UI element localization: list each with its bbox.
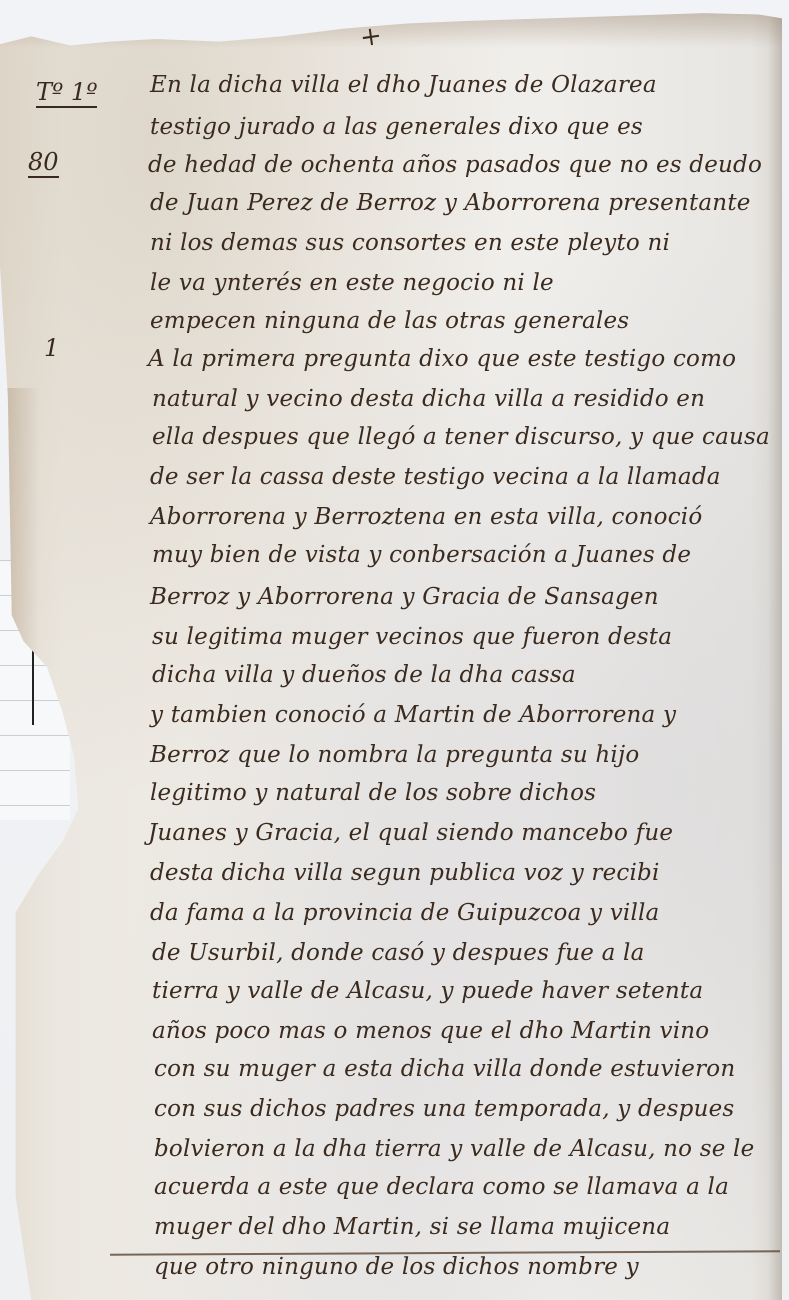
manuscript-line: Berroz que lo nombra la pregunta su hijo: [150, 742, 639, 768]
margin-note-question-number: 1: [44, 334, 59, 362]
manuscript-line: que otro ninguno de los dichos nombre y: [154, 1254, 639, 1280]
manuscript-line: muy bien de vista y conbersación a Juane…: [152, 542, 691, 568]
manuscript-line: empecen ninguna de las otras generales: [150, 308, 629, 334]
page-right-edge: [768, 8, 782, 1300]
manuscript-line: A la primera pregunta dixo que este test…: [148, 346, 736, 372]
manuscript-line: En la dicha villa el dho Juanes de Olaza…: [150, 72, 657, 98]
manuscript-line: de ser la cassa deste testigo vecina a l…: [150, 464, 721, 490]
manuscript-line: da fama a la provincia de Guipuzcoa y vi…: [150, 900, 659, 926]
manuscript-line: le va ynterés en este negocio ni le: [150, 270, 554, 296]
manuscript-line: con su muger a esta dicha villa donde es…: [154, 1056, 735, 1082]
manuscript-line: muger del dho Martin, si se llama mujice…: [154, 1214, 670, 1240]
manuscript-line: Berroz y Aborrorena y Gracia de Sansagen: [150, 584, 659, 610]
cross-mark-icon: +: [358, 21, 384, 54]
manuscript-line: legitimo y natural de los sobre dichos: [150, 780, 596, 806]
manuscript-line: acuerda a este que declara como se llama…: [154, 1174, 729, 1200]
manuscript-line: natural y vecino desta dicha villa a res…: [152, 386, 705, 412]
manuscript-line: y tambien conoció a Martin de Aborrorena…: [150, 702, 676, 728]
manuscript-line: Aborrorena y Berroztena en esta villa, c…: [150, 504, 702, 530]
manuscript-line: bolvieron a la dha tierra y valle de Alc…: [154, 1136, 754, 1162]
manuscript-line: Juanes y Gracia, el qual siendo mancebo …: [148, 820, 673, 846]
manuscript-line: de Usurbil, donde casó y despues fue a l…: [152, 940, 645, 966]
margin-note-age: 80: [28, 148, 59, 178]
margin-note-witness-number: Tº 1º: [36, 78, 97, 108]
manuscript-line: ella despues que llegó a tener discurso,…: [152, 424, 770, 450]
manuscript-line: dicha villa y dueños de la dha cassa: [152, 662, 576, 688]
manuscript-line: con sus dichos padres una temporada, y d…: [154, 1096, 734, 1122]
manuscript-line: de hedad de ochenta años pasados que no …: [148, 152, 762, 178]
manuscript-line: años poco mas o menos que el dho Martin …: [152, 1018, 709, 1044]
manuscript-line: desta dicha villa segun publica voz y re…: [150, 860, 660, 886]
manuscript-line: tierra y valle de Alcasu, y puede haver …: [152, 978, 703, 1004]
manuscript-line: ni los demas sus consortes en este pleyt…: [150, 230, 670, 256]
manuscript-line: testigo jurado a las generales dixo que …: [150, 114, 643, 140]
manuscript-line: su legitima muger vecinos que fueron des…: [152, 624, 672, 650]
manuscript-line: de Juan Perez de Berroz y Aborrorena pre…: [150, 190, 751, 216]
